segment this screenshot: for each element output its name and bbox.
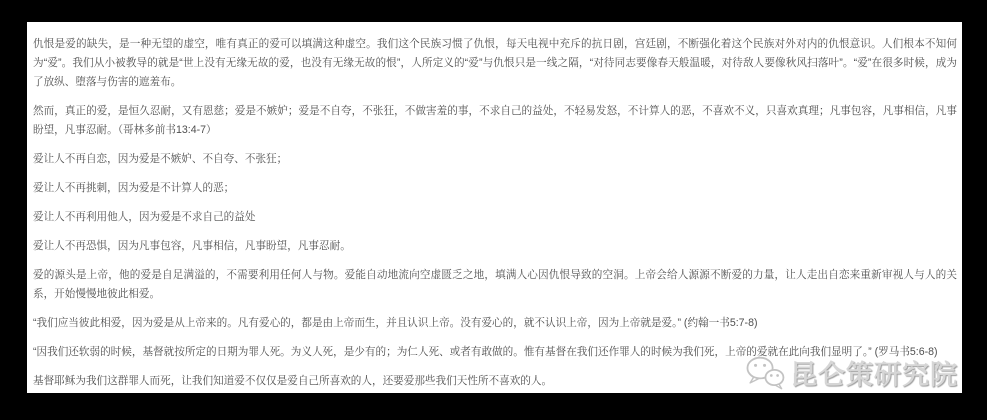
paragraph-love-no-exploiting: 爱让人不再利用他人，因为爱是不求自己的益处	[33, 208, 957, 227]
article-content-card: 仇恨是爱的缺失，是一种无望的虚空，唯有真正的爱可以填满这种虚空。我们这个民族习惯…	[27, 22, 962, 393]
paragraph-source-of-love: 爱的源头是上帝，他的爱是自足满溢的，不需要利用任何人与物。爱能自动地流向空虚匮乏…	[33, 266, 957, 304]
paragraph-true-love-corinthians: 然而，真正的爱，是恒久忍耐，又有恩慈；爱是不嫉妒；爱是不自夸，不张狂，不做害羞的…	[33, 102, 957, 140]
wechat-icon	[745, 355, 785, 391]
paragraph-love-no-faultfinding: 爱让人不再挑刺，因为爱是不计算人的恶；	[33, 179, 957, 198]
paragraph-love-no-narcissism: 爱让人不再自恋，因为爱是不嫉妒、不自夸、不张狂；	[33, 150, 957, 169]
paragraph-hate-is-absence-of-love: 仇恨是爱的缺失，是一种无望的虚空，唯有真正的爱可以填满这种虚空。我们这个民族习惯…	[33, 35, 957, 92]
black-frame: 仇恨是爱的缺失，是一种无望的虚空，唯有真正的爱可以填满这种虚空。我们这个民族习惯…	[0, 0, 987, 420]
paragraph-quote-john: “我们应当彼此相爱，因为爱是从上帝来的。凡有爱心的，都是由上帝而生，并且认识上帝…	[33, 314, 957, 333]
kunlunce-watermark-logo: 昆仑策研究院	[745, 353, 958, 392]
paragraph-love-no-fear: 爱让人不再恐惧，因为凡事包容，凡事相信，凡事盼望，凡事忍耐。	[33, 237, 957, 256]
watermark-text: 昆仑策研究院	[790, 353, 958, 392]
